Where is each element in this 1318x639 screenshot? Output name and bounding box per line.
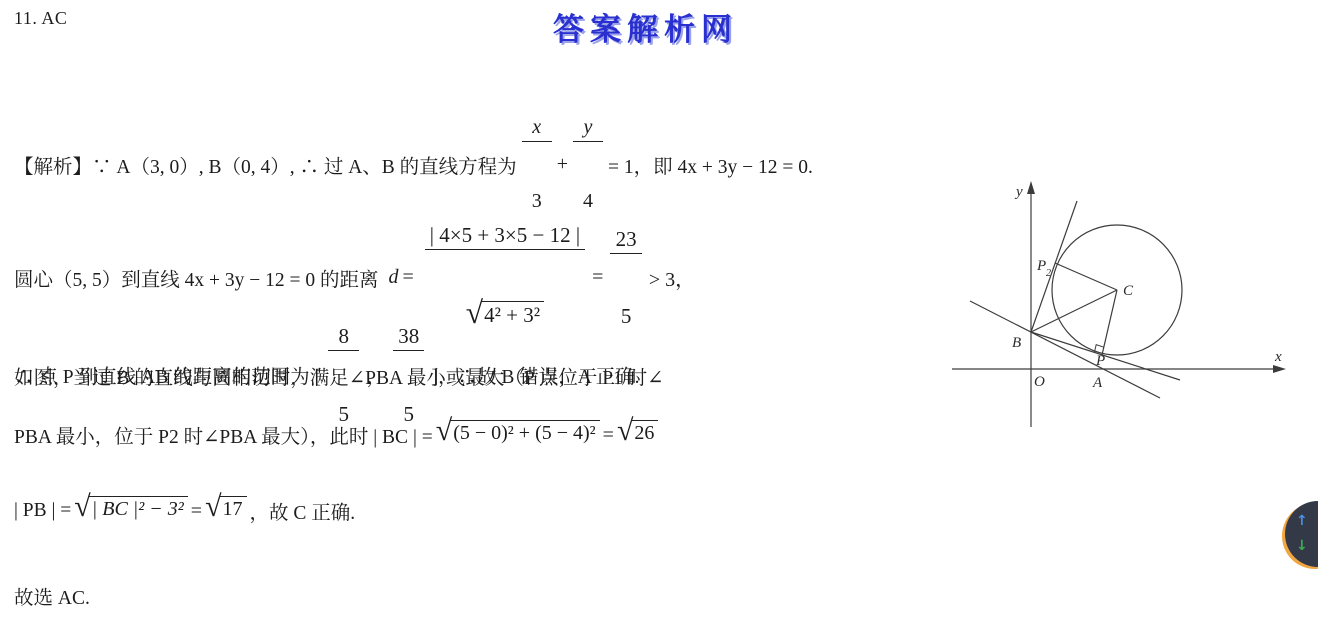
label-x-axis: x [1274,349,1282,365]
line7-text: 故选 AC. [14,582,90,610]
solution-line-7: 故选 AC. [14,582,90,610]
answer-page: 11. AC 答案解析网 【解析】∵ A（3, 0）, B（0, 4）, ∴ 过… [0,0,1318,639]
line4-text: 如图，当过 B 的直线与圆相切时，满足∠PBA 最小或最大（P 点位于 P1 时… [14,362,664,390]
solution-line-4: 如图，当过 B 的直线与圆相切时，满足∠PBA 最小或最大（P 点位于 P1 时… [14,362,664,390]
y-axis-arrow [1027,181,1035,194]
equals-sign: = [191,500,202,523]
label-point-c: C [1123,283,1134,299]
line5-text: PBA 最小，位于 P2 时∠PBA 最大），此时 | BC | = [14,421,433,449]
radical-sign: √ [617,416,633,446]
sqrt-pb-expression: √ | BC |² − 3² [74,496,188,526]
segment-cp [1102,290,1117,355]
scroll-widget[interactable]: ↑ ↓ [1285,501,1318,567]
label-point-a: A [1092,375,1103,391]
line6-tail: ，故 C 正确. [250,497,356,525]
line2-tail: > 3， [649,263,695,292]
equals-sign: = [603,424,614,447]
site-title: 答案解析网 [553,4,738,49]
segment-cp2 [1055,263,1117,290]
radical-sign: √ [436,416,452,446]
label-point-p2-subscript: 2 [1046,268,1051,279]
x-axis-arrow [1273,365,1286,373]
label-point-b: B [1012,335,1021,351]
problem-number: 11. AC [14,8,67,29]
radical-sign: √ [74,492,90,522]
line6-text: | PB | = [14,500,71,522]
label-point-p: P [1095,353,1105,369]
label-point-p2: P [1036,258,1046,274]
plus-sign: + [557,153,568,176]
scroll-up-icon[interactable]: ↑ [1296,513,1308,529]
scroll-down-icon[interactable]: ↓ [1296,538,1308,554]
radical-sign: √ [205,492,221,522]
geometry-diagram: y x O A B C P P 2 [950,175,1290,437]
label-y-axis: y [1014,184,1023,200]
solution-line-5: PBA 最小，位于 P2 时∠PBA 最大），此时 | BC | = √ (5 … [14,420,661,450]
sqrt-26: √ 26 [617,420,658,450]
sqrt-17: √ 17 [205,496,246,526]
label-origin: O [1034,374,1045,390]
sqrt-bc-expression: √ (5 − 0)² + (5 − 4)² [436,420,600,450]
solution-line-6: | PB | = √ | BC |² − 3² = √ 17 ，故 C 正确. [14,496,355,526]
